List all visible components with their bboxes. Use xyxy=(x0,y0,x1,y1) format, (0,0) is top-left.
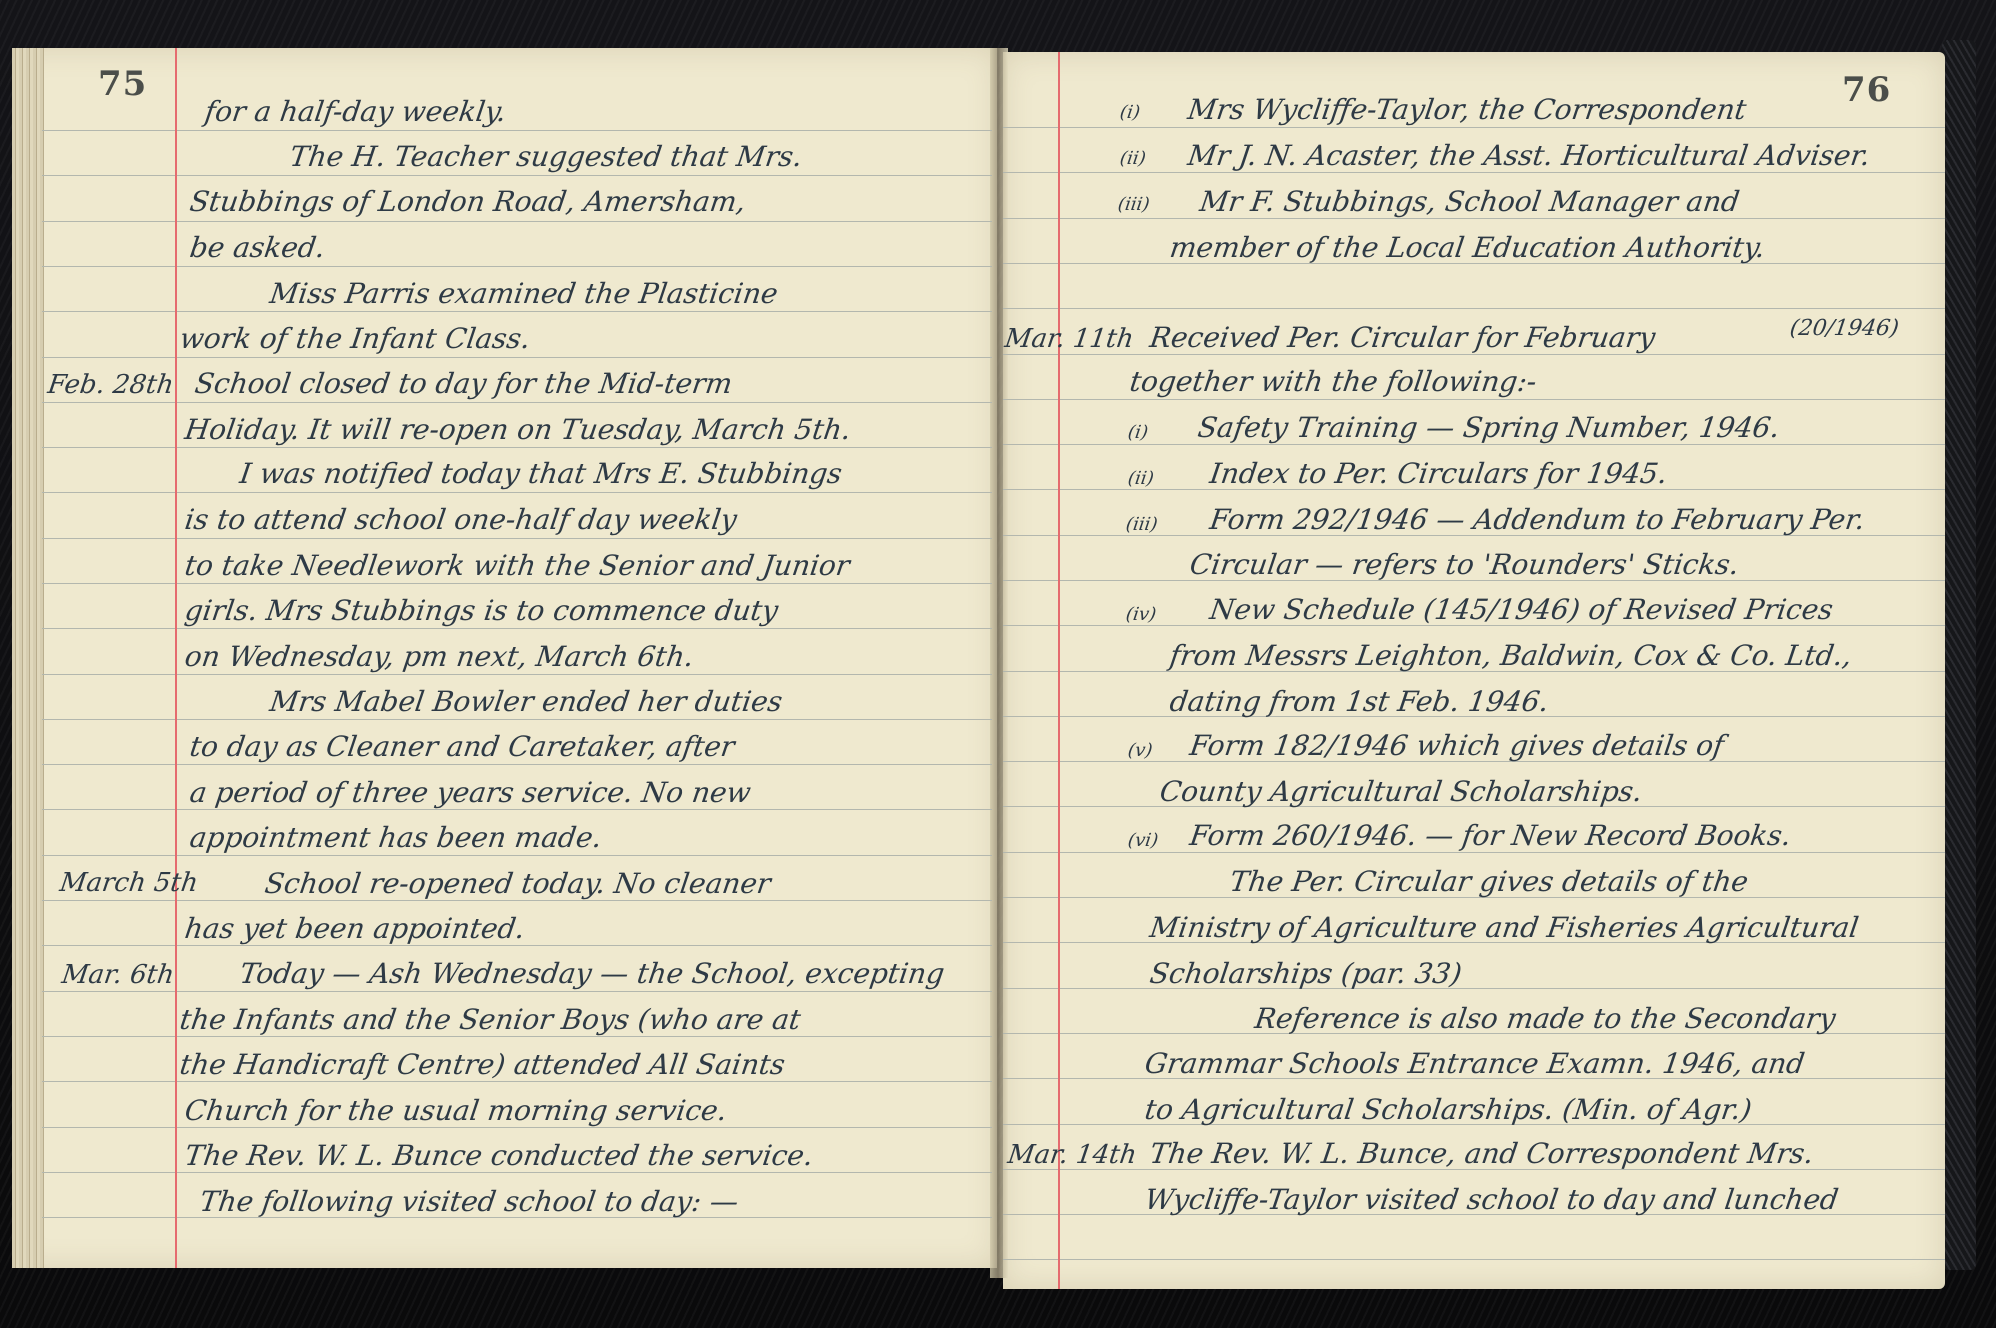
ruled-line xyxy=(1003,444,1945,445)
ruled-line xyxy=(42,674,992,675)
page-number-right: 76 xyxy=(1842,70,1891,110)
ruled-line xyxy=(42,991,992,992)
book-gutter xyxy=(990,48,1008,1278)
date-mar-11: Mar. 11th xyxy=(1003,326,1135,352)
circular-line: Received Per. Circular for February xyxy=(1148,324,1657,352)
paragraph-line: Reference is also made to the Secondary xyxy=(1253,1005,1837,1033)
text-line: Today — Ash Wednesday — the School, exce… xyxy=(238,960,946,988)
ruled-line xyxy=(42,175,992,176)
ruled-line xyxy=(42,1127,992,1128)
text-line: The H. Teacher suggested that Mrs. xyxy=(288,143,804,171)
ruled-line xyxy=(42,900,992,901)
ruled-line xyxy=(42,402,992,403)
date-mar-14: Mar. 14th xyxy=(1006,1142,1138,1168)
item-line: dating from 1st Feb. 1946. xyxy=(1168,688,1550,716)
item-line: Form 292/1946 — Addendum to February Per… xyxy=(1208,506,1867,534)
item-line: from Messrs Leighton, Baldwin, Cox & Co.… xyxy=(1168,642,1854,670)
circular-line: together with the following:- xyxy=(1128,368,1538,396)
item-number: (i) xyxy=(1127,424,1149,442)
visitor-number: (i) xyxy=(1119,104,1141,122)
ruled-line xyxy=(1003,308,1945,309)
text-line: girls. Mrs Stubbings is to commence duty xyxy=(183,597,780,625)
text-line: work of the Infant Class. xyxy=(178,325,532,353)
ruled-line xyxy=(42,583,992,584)
visitor-number: (iii) xyxy=(1117,196,1151,214)
ruled-line xyxy=(42,628,992,629)
ruled-line xyxy=(42,855,992,856)
cover-edge xyxy=(1942,40,1976,1270)
date-march-5: March 5th xyxy=(58,870,200,896)
ruled-line xyxy=(1003,988,1945,989)
ruled-line xyxy=(1003,399,1945,400)
date-mar-6: Mar. 6th xyxy=(60,962,176,988)
visitor-line-cont: member of the Local Education Authority. xyxy=(1168,234,1767,262)
visitor-line: Mr F. Stubbings, School Manager and xyxy=(1198,188,1741,216)
ruled-line xyxy=(42,311,992,312)
text-line: Stubbings of London Road, Amersham, xyxy=(188,188,747,216)
visitor-number: (ii) xyxy=(1119,150,1147,168)
item-line: County Agricultural Scholarships. xyxy=(1158,778,1644,806)
text-line: The following visited school to day: — xyxy=(198,1188,740,1216)
text-line: to day as Cleaner and Caretaker, after xyxy=(188,733,736,761)
ruled-line xyxy=(42,945,992,946)
visitor-line: Mrs Wycliffe-Taylor, the Correspondent xyxy=(1186,96,1748,124)
text-line: a period of three years service. No new xyxy=(188,779,753,807)
ruled-line xyxy=(1003,354,1945,355)
ruled-line xyxy=(1003,852,1945,853)
text-line: the Infants and the Senior Boys (who are… xyxy=(178,1006,802,1034)
paragraph-line: Grammar Schools Entrance Examn. 1946, an… xyxy=(1143,1050,1806,1078)
date-feb-28: Feb. 28th xyxy=(46,372,175,398)
ruled-line xyxy=(42,492,992,493)
item-line: Form 182/1946 which gives details of xyxy=(1188,732,1726,760)
page-stack-edges xyxy=(12,48,44,1268)
ruled-line xyxy=(1003,127,1945,128)
ruled-line xyxy=(42,719,992,720)
paragraph-line: to Agricultural Scholarships. (Min. of A… xyxy=(1143,1096,1753,1124)
left-margin-line xyxy=(175,48,177,1268)
ruled-line xyxy=(42,357,992,358)
ruled-line xyxy=(42,130,992,131)
ruled-line xyxy=(42,538,992,539)
item-line: Circular — refers to 'Rounders' Sticks. xyxy=(1188,551,1741,579)
item-number: (iv) xyxy=(1125,606,1158,624)
text-line: Holiday. It will re-open on Tuesday, Mar… xyxy=(183,416,853,444)
ruled-line xyxy=(42,266,992,267)
ruled-line xyxy=(1003,1259,1945,1260)
text-line: School closed to day for the Mid-term xyxy=(193,370,734,398)
text-line: Mrs Mabel Bowler ended her duties xyxy=(268,688,784,716)
item-line: Form 260/1946. — for New Record Books. xyxy=(1188,822,1793,850)
text-line: appointment has been made. xyxy=(188,824,604,852)
text-line: to take Needlework with the Senior and J… xyxy=(183,552,851,580)
paragraph-line: Ministry of Agriculture and Fisheries Ag… xyxy=(1148,914,1860,942)
text-line: the Handicraft Centre) attended All Sain… xyxy=(178,1051,787,1079)
paragraph-line: Scholarships (par. 33) xyxy=(1148,960,1463,988)
text-line: is to attend school one-half day weekly xyxy=(183,506,739,534)
visitor-line: Mr J. N. Acaster, the Asst. Horticultura… xyxy=(1186,142,1872,170)
text-line: Church for the usual morning service. xyxy=(183,1097,729,1125)
text-line: be asked. xyxy=(188,234,327,262)
ruled-line xyxy=(42,809,992,810)
ruled-line xyxy=(42,221,992,222)
ruled-line xyxy=(42,1172,992,1173)
item-number: (ii) xyxy=(1127,470,1155,488)
text-line: Miss Parris examined the Plasticine xyxy=(268,280,780,308)
item-line: New Schedule (145/1946) of Revised Price… xyxy=(1208,596,1835,624)
text-line: I was notified today that Mrs E. Stubbin… xyxy=(238,460,844,488)
item-number: (iii) xyxy=(1125,516,1159,534)
ruled-line xyxy=(1003,172,1945,173)
text-line: on Wednesday, pm next, March 6th. xyxy=(183,643,695,671)
text-line: for a half-day weekly. xyxy=(203,98,508,126)
page-number-left: 75 xyxy=(98,64,147,104)
ruled-line xyxy=(42,1036,992,1037)
item-line: Index to Per. Circulars for 1945. xyxy=(1208,460,1669,488)
text-line: has yet been appointed. xyxy=(183,915,527,943)
circular-ref: (20/1946) xyxy=(1788,318,1900,340)
ruled-line xyxy=(1003,218,1945,219)
paragraph-line: The Rev. W. L. Bunce, and Correspondent … xyxy=(1148,1140,1815,1168)
item-line: Safety Training — Spring Number, 1946. xyxy=(1196,414,1781,442)
text-line: School re-opened today. No cleaner xyxy=(263,870,772,898)
item-number: (v) xyxy=(1127,742,1154,760)
paragraph-line: Wycliffe-Taylor visited school to day an… xyxy=(1143,1186,1840,1214)
text-line: The Rev. W. L. Bunce conducted the servi… xyxy=(183,1142,815,1170)
ruled-line xyxy=(42,447,992,448)
ruled-line xyxy=(42,1081,992,1082)
ruled-line xyxy=(42,764,992,765)
paragraph-line: The Per. Circular gives details of the xyxy=(1228,868,1750,896)
item-number: (vi) xyxy=(1127,832,1160,850)
right-margin-line xyxy=(1058,52,1060,1289)
